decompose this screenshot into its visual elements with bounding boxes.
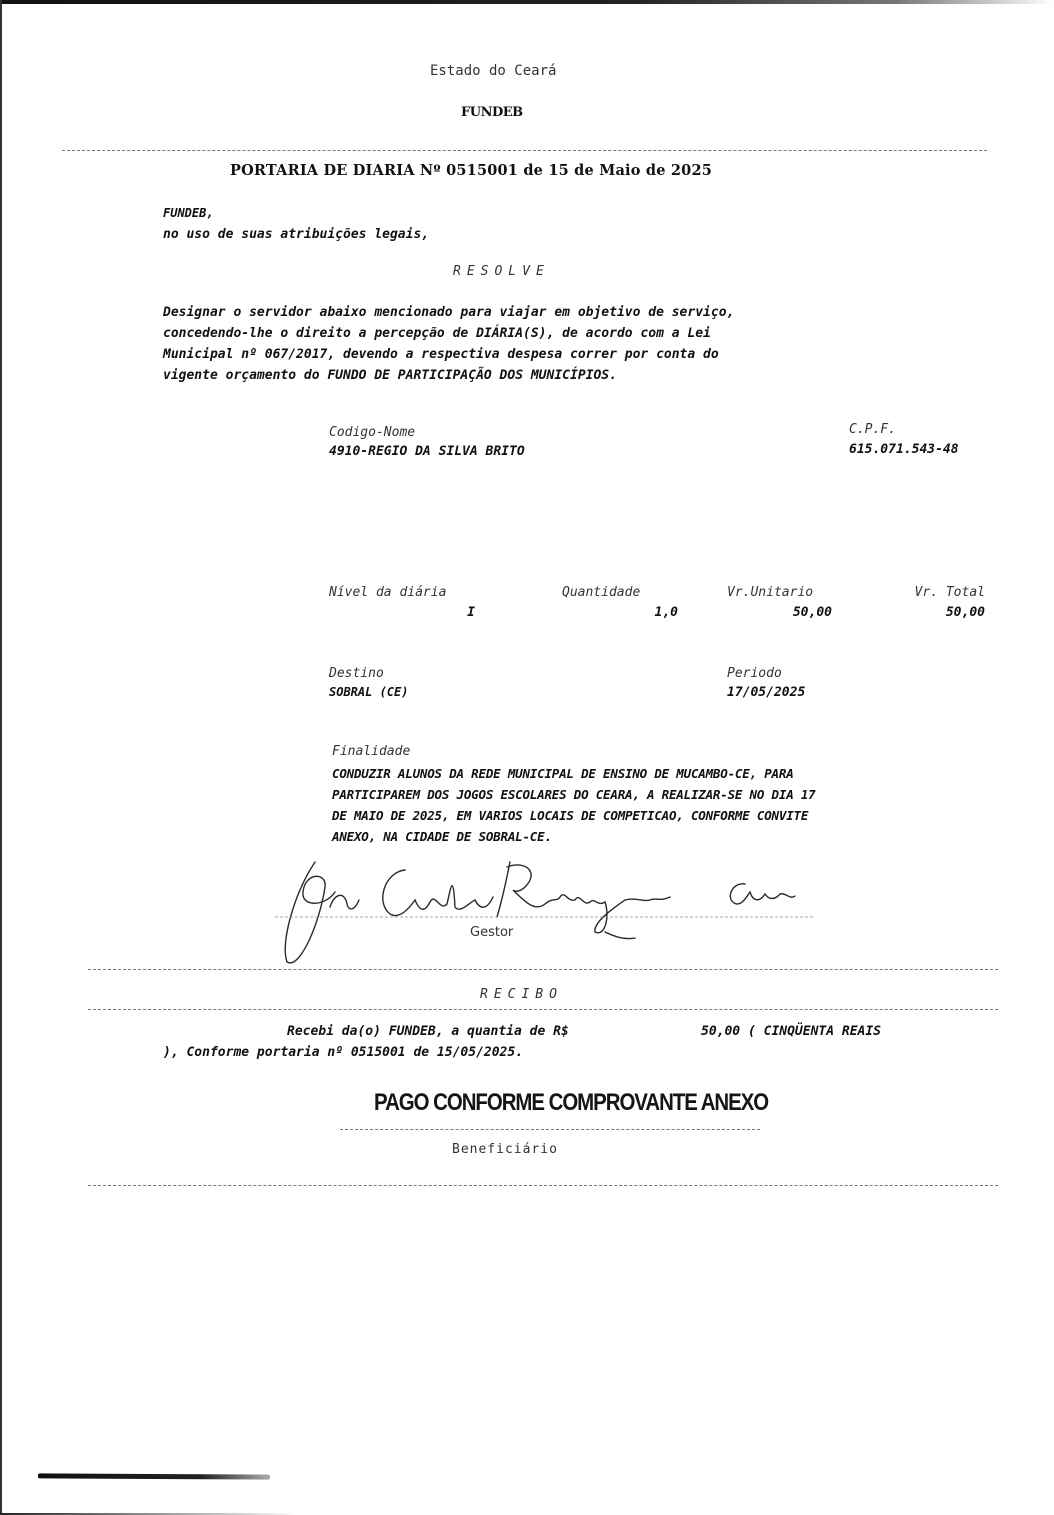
beneficiario-label: Beneficiário xyxy=(452,1142,558,1157)
finalidade-label: Finalidade xyxy=(332,744,410,759)
body-line: Designar o servidor abaixo mencionado pa… xyxy=(163,305,734,320)
destino-label: Destino xyxy=(329,666,384,681)
vr-unitario-value: 50,00 xyxy=(727,605,832,620)
cpf-value: 615.071.543-48 xyxy=(849,442,959,457)
divider-signature xyxy=(88,969,998,970)
organization-heading: FUNDEB xyxy=(461,105,523,120)
beneficiario-signature-line xyxy=(340,1129,760,1130)
codigo-nome-label: Codigo-Nome xyxy=(329,425,415,440)
scan-left-edge xyxy=(0,0,2,1515)
body-line: Municipal nº 067/2017, devendo a respect… xyxy=(163,347,719,362)
divider-recibo xyxy=(88,1009,998,1010)
recibo-line1-left: Recebi da(o) FUNDEB, a quantia de R$ xyxy=(287,1024,569,1039)
nivel-value: I xyxy=(329,605,475,620)
resolution-body: Designar o servidor abaixo mencionado pa… xyxy=(163,302,1003,386)
divider-header xyxy=(62,150,987,151)
finalidade-line: DE MAIO DE 2025, EM VARIOS LOCAIS DE COM… xyxy=(332,808,808,823)
recibo-line1-right: 50,00 ( CINQÜENTA REAIS xyxy=(701,1024,881,1039)
vr-unitario-label: Vr.Unitario xyxy=(727,585,813,600)
finalidade-text: CONDUZIR ALUNOS DA REDE MUNICIPAL DE ENS… xyxy=(332,763,992,847)
signature-role: Gestor xyxy=(470,925,513,940)
recibo-heading: RECIBO xyxy=(480,987,563,1002)
finalidade-line: ANEXO, NA CIDADE DE SOBRAL-CE. xyxy=(332,829,552,844)
nivel-label: Nível da diária xyxy=(329,585,446,600)
cpf-label: C.P.F. xyxy=(849,422,896,437)
codigo-nome-value: 4910-REGIO DA SILVA BRITO xyxy=(329,444,525,459)
periodo-label: Periodo xyxy=(727,666,782,681)
body-line: vigente orçamento do FUNDO DE PARTICIPAÇ… xyxy=(163,368,617,383)
resolve-heading: RESOLVE xyxy=(453,264,550,279)
finalidade-line: CONDUZIR ALUNOS DA REDE MUNICIPAL DE ENS… xyxy=(332,766,794,781)
vr-total-value: 50,00 xyxy=(880,605,985,620)
issuer-name: FUNDEB, xyxy=(163,206,214,220)
finalidade-line: PARTICIPAREM DOS JOGOS ESCOLARES DO CEAR… xyxy=(332,787,816,802)
issuer-clause: no uso de suas atribuições legais, xyxy=(163,227,429,242)
scan-top-edge xyxy=(0,0,1054,4)
quantidade-value: 1,0 xyxy=(562,605,678,620)
periodo-value: 17/05/2025 xyxy=(727,685,805,700)
quantidade-label: Quantidade xyxy=(562,585,640,600)
signature-mark xyxy=(275,852,835,972)
vr-total-label: Vr. Total xyxy=(880,585,985,600)
state-heading: Estado do Ceará xyxy=(430,63,556,79)
paid-stamp: PAGO CONFORME COMPROVANTE ANEXO xyxy=(374,1089,768,1117)
destino-value: SOBRAL (CE) xyxy=(329,685,408,699)
body-line: concedendo-lhe o direito a percepção de … xyxy=(163,326,711,341)
page-title: PORTARIA DE DIARIA Nº 0515001 de 15 de M… xyxy=(230,162,712,179)
scan-artifact-line xyxy=(38,1473,270,1479)
recibo-line2: ), Conforme portaria nº 0515001 de 15/05… xyxy=(163,1045,523,1060)
divider-footer xyxy=(88,1185,998,1186)
